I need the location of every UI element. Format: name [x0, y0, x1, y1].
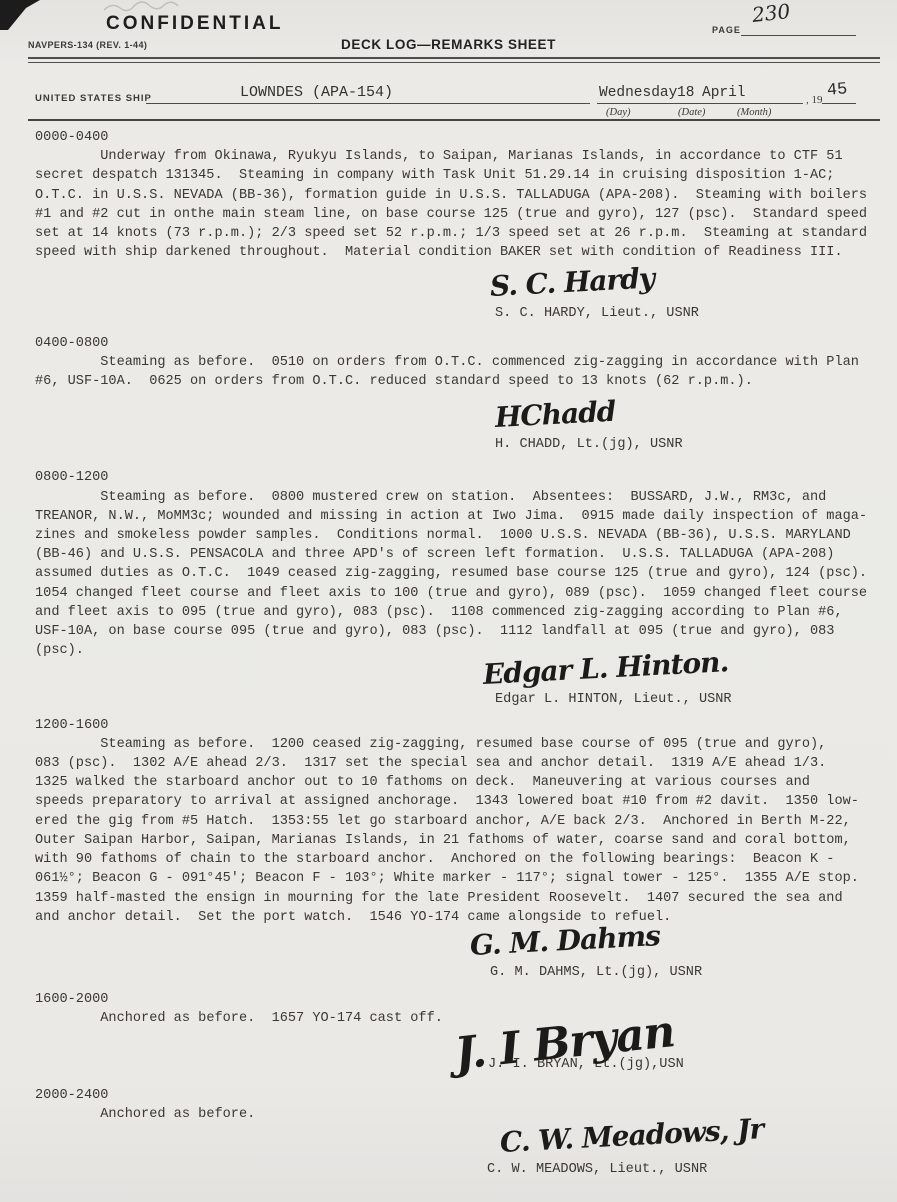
month-label: (Month): [737, 107, 771, 118]
signature-block: C. W. Meadows, JrC. W. MEADOWS, Lieut., …: [35, 1126, 880, 1179]
log-entry: 1600-2000 Anchored as before. 1657 YO-17…: [35, 990, 880, 1074]
signature-typed: S. C. HARDY, Lieut., USNR: [495, 304, 880, 323]
log-entry: 0800-1200 Steaming as before. 0800 muste…: [35, 468, 880, 709]
signature-typed: Edgar L. HINTON, Lieut., USNR: [495, 690, 880, 709]
signature-typed: G. M. DAHMS, Lt.(jg), USNR: [490, 963, 880, 982]
entry-time-range: 0400-0800: [35, 334, 880, 353]
signature-block: Edgar L. Hinton.Edgar L. HINTON, Lieut.,…: [35, 660, 880, 709]
entry-text: Steaming as before. 0510 on orders from …: [35, 353, 880, 391]
page-number-handwritten: 230: [751, 0, 791, 27]
date-number: 18: [677, 85, 694, 101]
year-prefix: , 19: [806, 94, 823, 106]
sheet-title: DECK LOG—REMARKS SHEET: [0, 37, 897, 52]
ship-name: LOWNDES (APA-154): [240, 84, 393, 101]
signature-block: G. M. DahmsG. M. DAHMS, Lt.(jg), USNR: [35, 929, 880, 982]
page-label: PAGE: [712, 25, 741, 35]
form-header: CONFIDENTIAL 230 PAGE NAVPERS-134 (REV. …: [0, 0, 897, 125]
ship-name-underline: [146, 103, 590, 104]
deck-log-page: CONFIDENTIAL 230 PAGE NAVPERS-134 (REV. …: [0, 0, 897, 1202]
entry-text: Steaming as before. 0800 mustered crew o…: [35, 488, 880, 661]
ship-label: UNITED STATES SHIP: [35, 93, 152, 104]
page-number-underline: [741, 35, 856, 36]
signature-typed: H. CHADD, Lt.(jg), USNR: [495, 435, 880, 454]
entry-text: Underway from Okinawa, Ryukyu Islands, t…: [35, 147, 880, 262]
log-entry: 0400-0800 Steaming as before. 0510 on or…: [35, 334, 880, 455]
entry-time-range: 0000-0400: [35, 128, 880, 147]
entry-time-range: 2000-2400: [35, 1086, 880, 1105]
signature-block: J. I BryanJ. I. BRYAN, Lt.(jg),USN: [35, 1029, 880, 1074]
date-label: (Date): [678, 107, 705, 118]
signature-typed: C. W. MEADOWS, Lieut., USNR: [487, 1160, 880, 1179]
entry-time-range: 0800-1200: [35, 468, 880, 487]
entry-text: Steaming as before. 1200 ceased zig-zagg…: [35, 735, 880, 927]
signature-block: HChaddH. CHADD, Lt.(jg), USNR: [35, 401, 880, 454]
date-month: April: [702, 85, 746, 101]
classification-stamp: CONFIDENTIAL: [106, 13, 283, 35]
date-year-handwritten: 45: [826, 80, 848, 101]
entry-time-range: 1200-1600: [35, 716, 880, 735]
year-underline: [822, 103, 856, 104]
signature-block: S. C. HardyS. C. HARDY, Lieut., USNR: [35, 270, 880, 323]
log-entries: 0000-0400 Underway from Okinawa, Ryukyu …: [0, 125, 897, 1179]
double-rule: [28, 57, 880, 63]
date-underline: [597, 103, 803, 104]
header-bottom-rule: [28, 119, 880, 121]
log-entry: 0000-0400 Underway from Okinawa, Ryukyu …: [35, 128, 880, 324]
date-day: Wednesday: [599, 85, 677, 101]
log-entry: 1200-1600 Steaming as before. 1200 cease…: [35, 716, 880, 982]
log-entry: 2000-2400 Anchored as before.C. W. Meado…: [35, 1086, 880, 1180]
day-label: (Day): [606, 107, 631, 118]
